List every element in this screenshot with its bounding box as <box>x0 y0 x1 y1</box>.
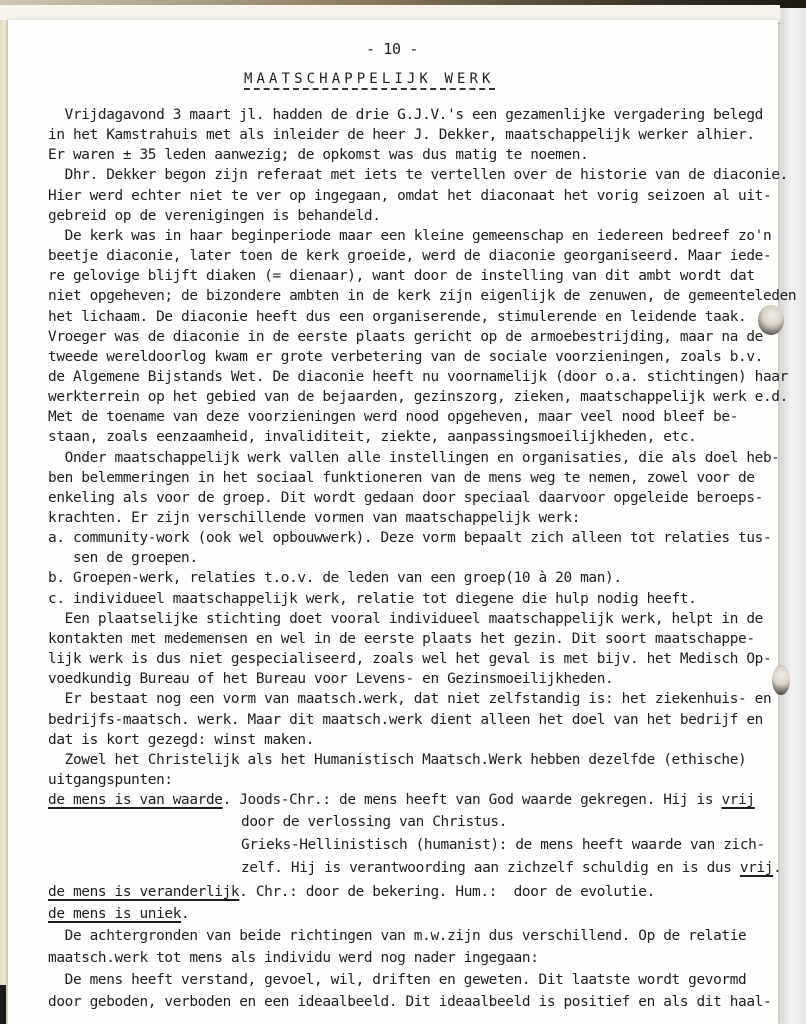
text-line: bedrijfs-maatsch. werk. Maar dit maatsch… <box>48 712 763 728</box>
principle-label: de mens is uniek <box>48 906 181 922</box>
emphasis-vrij: vrij <box>721 792 754 808</box>
text-line: niet opgeheven; de bizondere ambten in d… <box>48 288 796 304</box>
text-line: c. individueel maatschappelijk werk, rel… <box>48 591 697 607</box>
text-line: De mens heeft verstand, gevoel, wil, dri… <box>48 972 746 988</box>
text-line: kontakten met medemensen en wel in de ee… <box>48 631 755 647</box>
text-line: Onder maatschappelijk werk vallen alle i… <box>48 450 780 466</box>
text-line: Er waren ± 35 leden aanwezig; de opkomst… <box>48 147 588 163</box>
principle-label: de mens is veranderlijk <box>48 884 239 900</box>
text-line: a. community-work (ook wel opbouwwerk). … <box>48 530 771 546</box>
page-stack-right-edge <box>782 8 806 1024</box>
text-line: uitgangspunten: <box>48 772 173 788</box>
text-line: voedkundig Bureau of het Bureau voor Lev… <box>48 671 613 687</box>
principle-label: de mens is van waarde <box>48 792 223 808</box>
text-line: Hier werd echter niet te ver op ingegaan… <box>48 188 771 204</box>
text-line: beetje diaconie, later toen de kerk groe… <box>48 248 771 264</box>
page-number: - 10 - <box>366 40 418 58</box>
text-line: gebreid op de verenigingen is behandeld. <box>48 208 381 224</box>
text-line: het lichaam. De diaconie heeft dus een o… <box>48 309 746 325</box>
text-line: lijk werk is dus niet gespecialiseerd, z… <box>48 651 771 667</box>
text-line: re gelovige blijft diaken (= dienaar), w… <box>48 268 755 284</box>
text-line: door geboden, verboden en een ideaalbeel… <box>48 994 771 1010</box>
text-line: sen de groepen. <box>48 550 198 566</box>
text-line: tweede wereldoorlog kwam er grote verbet… <box>48 349 763 365</box>
text-line: staan, zoals eenzaamheid, invaliditeit, … <box>48 429 697 445</box>
page-title: MAATSCHAPPELIJK WERK <box>244 71 495 90</box>
principle-joods-continued: door de verlossing van Christus. <box>241 814 507 830</box>
text-line: dat is kort gezegd: winst maken. <box>48 732 314 748</box>
text-line: Dhr. Dekker begon zijn referaat met iets… <box>48 167 788 183</box>
text-line: Vroeger was de diaconie in de eerste pla… <box>48 329 763 345</box>
text-line: Een plaatselijke stichting doet vooral i… <box>48 611 763 627</box>
emphasis-vrij: vrij <box>740 860 773 876</box>
text-line: werkterrein op het gebied van de bejaard… <box>48 389 788 405</box>
text-line: Vrijdagavond 3 maart jl. hadden de drie … <box>48 107 763 123</box>
text-line: De kerk was in haar beginperiode maar ee… <box>48 228 771 244</box>
principle-uniek: de mens is uniek. <box>48 906 189 922</box>
principle-veranderlijk: de mens is veranderlijk. Chr.: door de b… <box>48 884 655 900</box>
text-line: b. Groepen-werk, relaties t.o.v. de lede… <box>48 570 622 586</box>
text-line: Met de toename van deze voorzieningen we… <box>48 409 738 425</box>
text-line: in het Kamstrahuis met als inleider de h… <box>48 127 755 143</box>
text-line: enkeling als voor de groep. Dit wordt ge… <box>48 490 763 506</box>
punch-hole-icon <box>772 665 790 695</box>
text-line: ben belemmeringen in het sociaal funktio… <box>48 470 755 486</box>
text-line: krachten. Er zijn verschillende vormen v… <box>48 510 580 526</box>
principle-grieks: Grieks-Hellinistisch (humanist): de mens… <box>241 837 765 853</box>
text-line: Zowel het Christelijk als het Humanistis… <box>48 752 746 768</box>
principle-grieks-continued: zelf. Hij is verantwoording aan zichzelf… <box>241 860 781 876</box>
principle-waarde: de mens is van waarde. Joods-Chr.: de me… <box>48 792 755 808</box>
text-line: Er bestaat nog een vorm van maatsch.werk… <box>48 691 771 707</box>
text-line: De achtergronden van beide richtingen va… <box>48 928 746 944</box>
text-line: de Algemene Bijstands Wet. De diaconie h… <box>48 369 788 385</box>
text-line: maatsch.werk tot mens als individu werd … <box>48 950 539 966</box>
